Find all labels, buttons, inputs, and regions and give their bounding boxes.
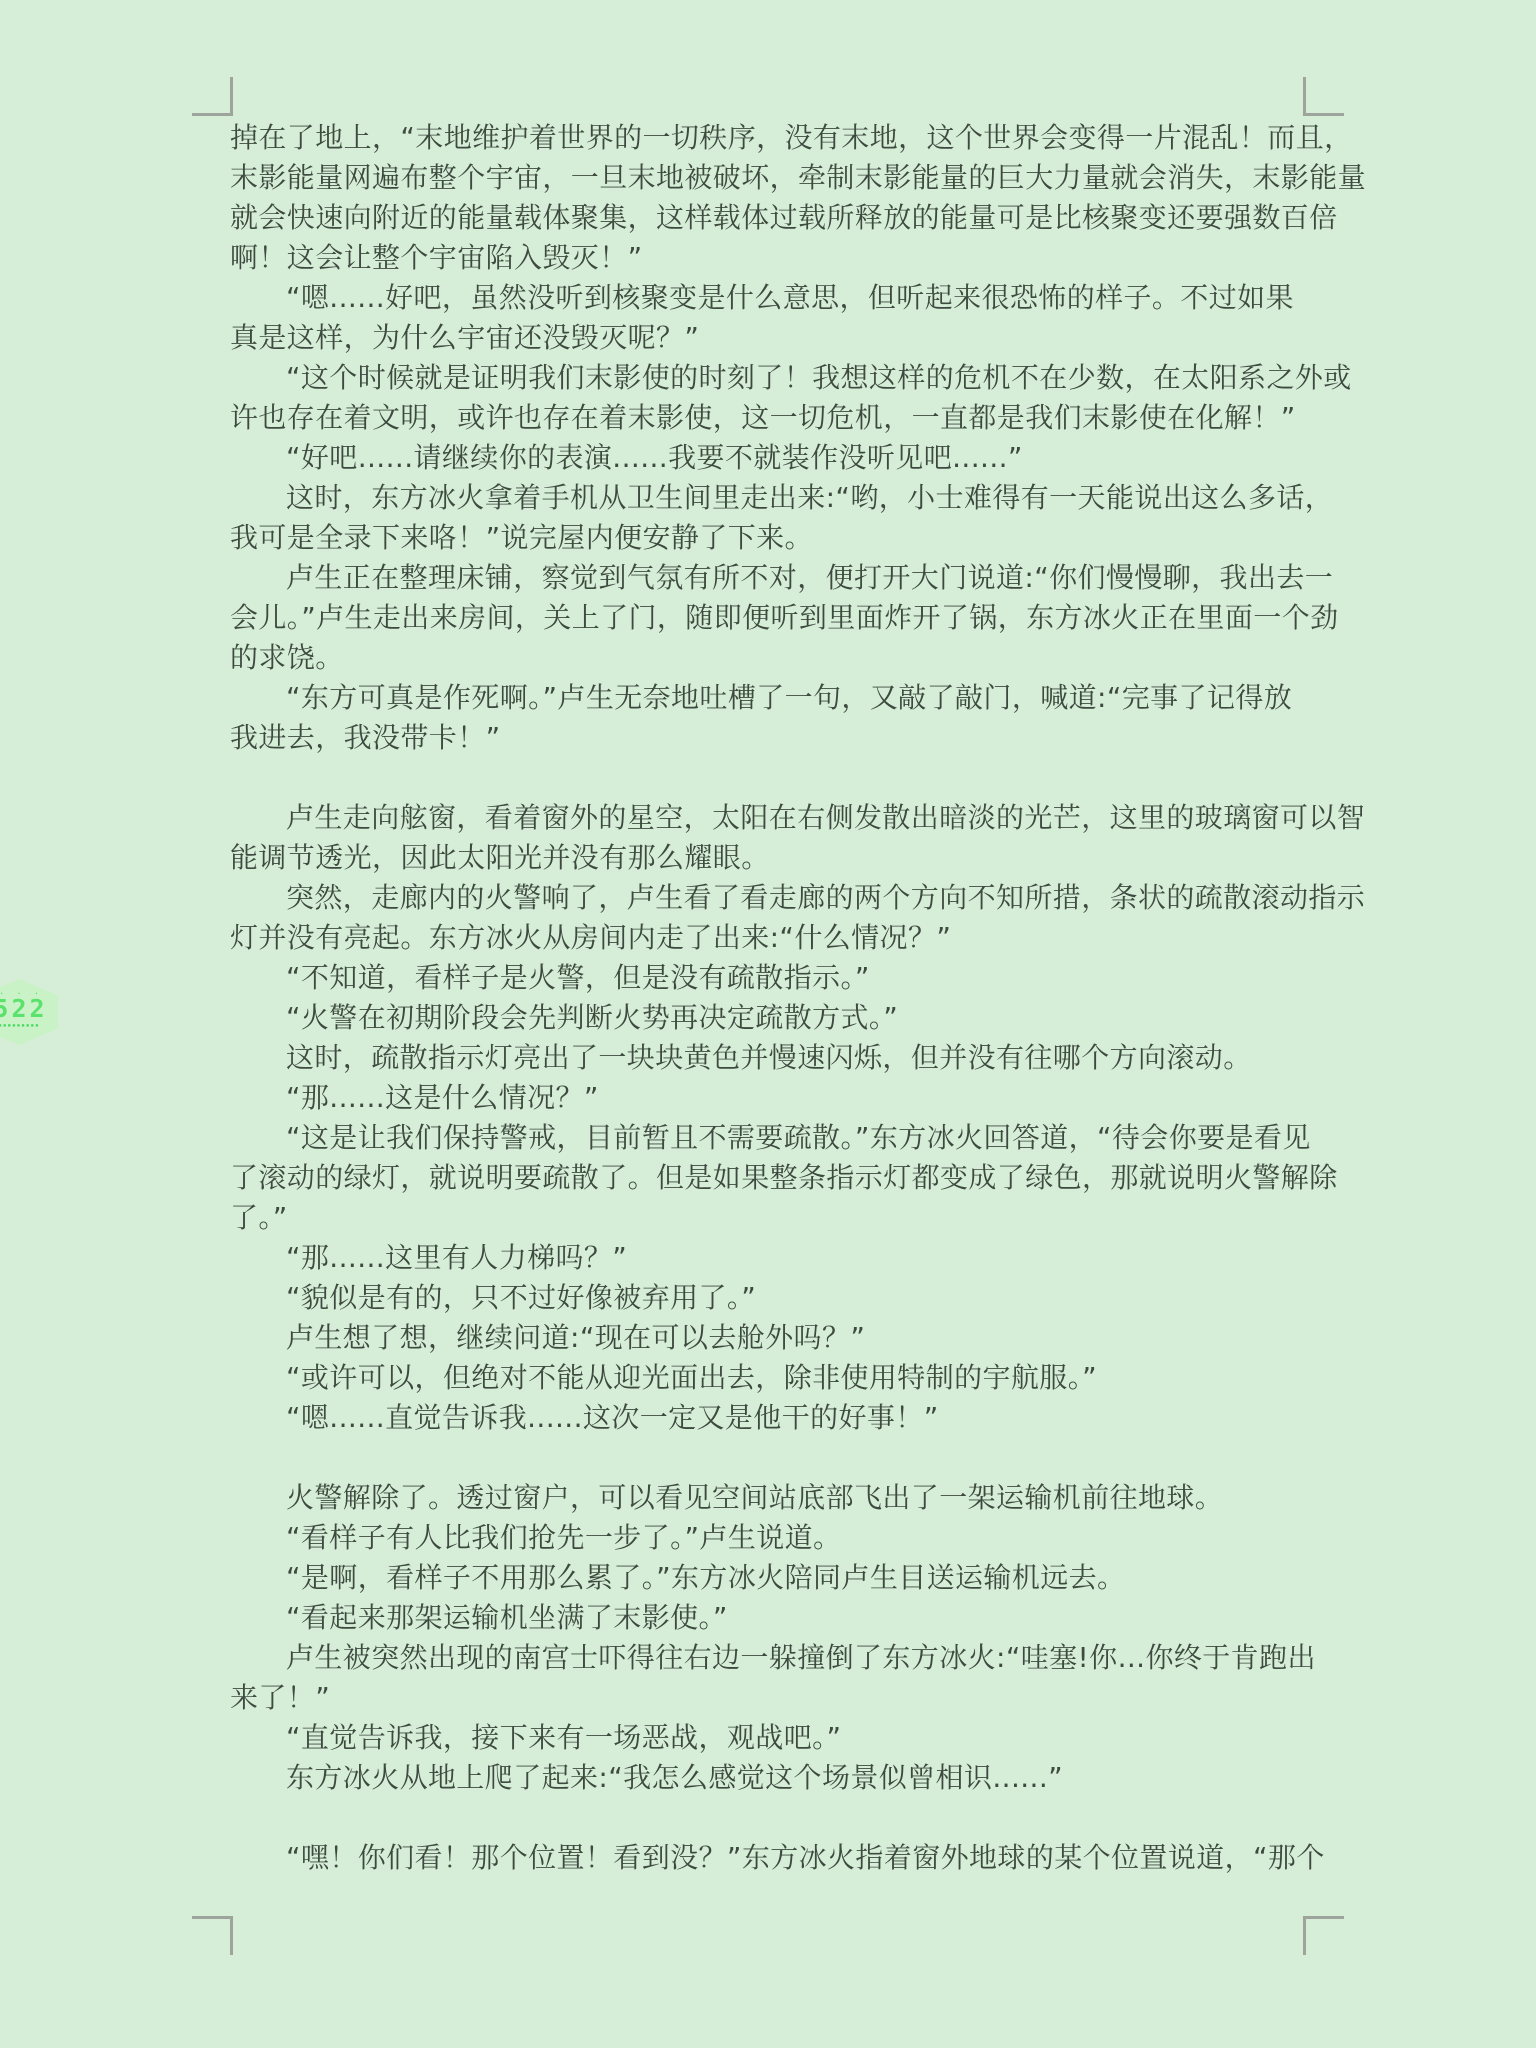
text-line: 我可是全录下来咯！”说完屋内便安静了下来。 xyxy=(230,518,1310,558)
hexagon-watermark: ... 522 ▪▪▪▪▪▪▪▪▪ xyxy=(0,979,58,1045)
text-line: 来了！” xyxy=(230,1678,1310,1718)
text-line: 末影能量网遍布整个宇宙，一旦末地被破坏，牵制末影能量的巨大力量就会消失，末影能量 xyxy=(230,158,1310,198)
text-line: “这是让我们保持警戒，目前暂且不需要疏散。”东方冰火回答道，“待会你要是看见 xyxy=(230,1118,1310,1158)
text-line: 的求饶。 xyxy=(230,638,1310,678)
text-line: “这个时候就是证明我们末影使的时刻了！我想这样的危机不在少数，在太阳系之外或 xyxy=(230,358,1310,398)
crop-mark-bottom-left xyxy=(192,1916,233,1955)
watermark-caption: ▪▪▪▪▪▪▪▪▪ xyxy=(0,1022,58,1030)
crop-mark-bottom-right xyxy=(1303,1916,1344,1955)
text-line: “火警在初期阶段会先判断火势再决定疏散方式。” xyxy=(230,998,1310,1038)
text-line: “看起来那架运输机坐满了末影使。” xyxy=(230,1598,1310,1638)
crop-mark-top-right xyxy=(1303,77,1344,116)
text-line: 卢生走向舷窗，看着窗外的星空，太阳在右侧发散出暗淡的光芒，这里的玻璃窗可以智 xyxy=(230,798,1310,838)
text-line: 东方冰火从地上爬了起来:“我怎么感觉这个场景似曾相识......” xyxy=(230,1758,1310,1798)
document-lines: 掉在了地上，“末地维护着世界的一切秩序，没有末地，这个世界会变得一片混乱！而且，… xyxy=(230,118,1310,1878)
text-line: “嗯......直觉告诉我......这次一定又是他干的好事！” xyxy=(230,1398,1310,1438)
text-line: 突然，走廊内的火警响了，卢生看了看走廊的两个方向不知所措，条状的疏散滚动指示 xyxy=(230,878,1310,918)
text-line: 许也存在着文明，或许也存在着末影使，这一切危机，一直都是我们末影使在化解！” xyxy=(230,398,1310,438)
text-line: “好吧......请继续你的表演......我要不就装作没听见吧......” xyxy=(230,438,1310,478)
text-line: “嘿！你们看！那个位置！看到没？”东方冰火指着窗外地球的某个位置说道，“那个 xyxy=(230,1838,1310,1878)
text-line: 灯并没有亮起。东方冰火从房间内走了出来:“什么情况？” xyxy=(230,918,1310,958)
crop-mark-top-left xyxy=(192,77,233,116)
text-line: 这时，东方冰火拿着手机从卫生间里走出来:“哟，小士难得有一天能说出这么多话， xyxy=(230,478,1310,518)
text-line: 能调节透光，因此太阳光并没有那么耀眼。 xyxy=(230,838,1310,878)
text-line: 了。” xyxy=(230,1198,1310,1238)
text-line: “东方可真是作死啊。”卢生无奈地吐槽了一句，又敲了敲门，喊道:“完事了记得放 xyxy=(230,678,1310,718)
text-line: “嗯......好吧，虽然没听到核聚变是什么意思，但听起来很恐怖的样子。不过如果 xyxy=(230,278,1310,318)
text-line: 啊！这会让整个宇宙陷入毁灭！” xyxy=(230,238,1310,278)
text-line: 火警解除了。透过窗户，可以看见空间站底部飞出了一架运输机前往地球。 xyxy=(230,1478,1310,1518)
watermark-glyphs: 522 xyxy=(0,996,58,1022)
text-line: “直觉告诉我，接下来有一场恶战，观战吧。” xyxy=(230,1718,1310,1758)
text-line: “不知道，看样子是火警，但是没有疏散指示。” xyxy=(230,958,1310,998)
text-line: “那......这是什么情况？” xyxy=(230,1078,1310,1118)
text-line: “那......这里有人力梯吗？” xyxy=(230,1238,1310,1278)
text-line: 了滚动的绿灯，就说明要疏散了。但是如果整条指示灯都变成了绿色，那就说明火警解除 xyxy=(230,1158,1310,1198)
text-line: 掉在了地上，“末地维护着世界的一切秩序，没有末地，这个世界会变得一片混乱！而且， xyxy=(230,118,1310,158)
text-line: 这时，疏散指示灯亮出了一块块黄色并慢速闪烁，但并没有往哪个方向滚动。 xyxy=(230,1038,1310,1078)
text-line: “或许可以，但绝对不能从迎光面出去，除非使用特制的宇航服。” xyxy=(230,1358,1310,1398)
reading-page: { "page": { "background_color": "#d6edd7… xyxy=(0,0,1536,2048)
text-line: “貌似是有的，只不过好像被弃用了。” xyxy=(230,1278,1310,1318)
text-line: “看样子有人比我们抢先一步了。”卢生说道。 xyxy=(230,1518,1310,1558)
text-line xyxy=(230,1438,1310,1478)
text-line: 我进去，我没带卡！” xyxy=(230,718,1310,758)
text-line: 卢生被突然出现的南宫士吓得往右边一躲撞倒了东方冰火:“哇塞!你...你终于肯跑出 xyxy=(230,1638,1310,1678)
text-line xyxy=(230,758,1310,798)
text-line xyxy=(230,1798,1310,1838)
text-line: 就会快速向附近的能量载体聚集，这样载体过载所释放的能量可是比核聚变还要强数百倍 xyxy=(230,198,1310,238)
text-line: 会儿。”卢生走出来房间，关上了门，随即便听到里面炸开了锅，东方冰火正在里面一个劲 xyxy=(230,598,1310,638)
text-line: 真是这样，为什么宇宙还没毁灭呢？” xyxy=(230,318,1310,358)
text-line: 卢生想了想，继续问道:“现在可以去舱外吗？” xyxy=(230,1318,1310,1358)
text-line: 卢生正在整理床铺，察觉到气氛有所不对，便打开大门说道:“你们慢慢聊，我出去一 xyxy=(230,558,1310,598)
text-line: “是啊，看样子不用那么累了。”东方冰火陪同卢生目送运输机远去。 xyxy=(230,1558,1310,1598)
